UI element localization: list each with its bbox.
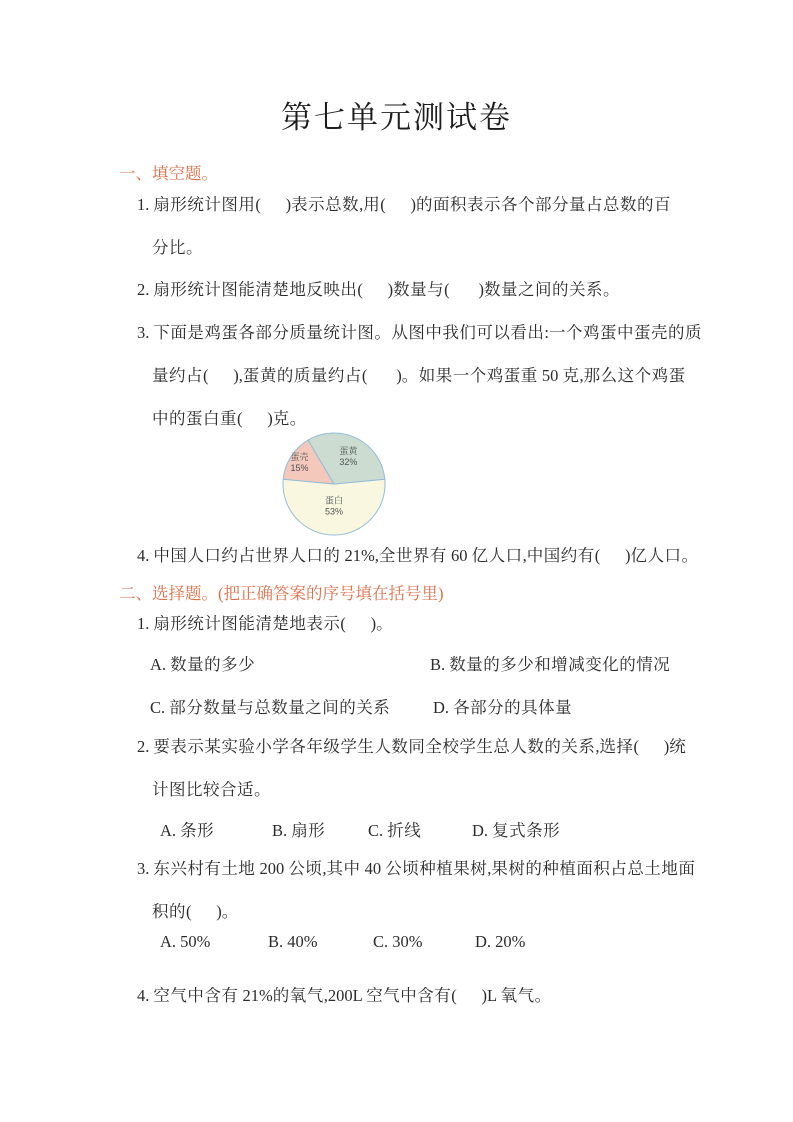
choice-q2-line-1: 2.要表示某实验小学各年级学生人数同全校学生总人数的关系,选择( )统: [137, 737, 686, 757]
choice-q1-option-b: B. 数量的多少和增减变化的情况: [430, 651, 670, 675]
choice-q3-option-b: B. 40%: [268, 932, 318, 952]
question-text: 量约占( ),蛋黄的质量约占( )。如果一个鸡蛋重 50 克,那么这个鸡蛋: [152, 367, 686, 385]
egg-mass-pie-chart: 蛋白53%蛋壳15%蛋黄32%: [280, 430, 388, 538]
choice-q2-option-b: B. 扇形: [272, 817, 325, 841]
choice-q3-line-1: 3.东兴村有土地 200 公顷,其中 40 公顷种植果树,果树的种植面积占总土地…: [137, 859, 695, 879]
question-text: 中国人口约占世界人口的 21%,全世界有 60 亿人口,中国约有( )亿人口。: [153, 547, 698, 565]
fill-q3-line-2: 量约占( ),蛋黄的质量约占( )。如果一个鸡蛋重 50 克,那么这个鸡蛋: [152, 366, 686, 386]
question-text: 扇形统计图能清楚地表示( )。: [153, 615, 393, 633]
question-number: 4.: [137, 546, 149, 565]
fill-q1-line-2: 分比。: [152, 238, 203, 258]
question-text: 要表示某实验小学各年级学生人数同全校学生总人数的关系,选择( )统: [153, 738, 686, 756]
question-number: 4.: [137, 986, 149, 1005]
choice-q2-option-d: D. 复式条形: [472, 817, 560, 841]
question-text: 空气中含有 21%的氧气,200L 空气中含有( )L 氧气。: [153, 987, 551, 1005]
question-text: 扇形统计图能清楚地反映出( )数量与( )数量之间的关系。: [153, 281, 620, 299]
question-text: 东兴村有土地 200 公顷,其中 40 公顷种植果树,果树的种植面积占总土地面: [153, 860, 695, 878]
choice-q3-option-a: A. 50%: [160, 932, 210, 952]
choice-q3-option-c: C. 30%: [373, 932, 423, 952]
question-text: 中的蛋白重( )克。: [152, 410, 307, 428]
question-number: 3.: [137, 323, 149, 342]
fill-q4-line-1: 4.中国人口约占世界人口的 21%,全世界有 60 亿人口,中国约有( )亿人口…: [137, 546, 699, 566]
choice-q1-option-a: A. 数量的多少: [150, 651, 255, 675]
choice-q3-option-d: D. 20%: [475, 932, 525, 952]
page-title: 第七单元测试卷: [0, 92, 793, 137]
fill-q1-line-1: 1.扇形统计图用( )表示总数,用( )的面积表示各个部分量占总数的百: [137, 195, 671, 215]
section-choice-heading: 二、选择题。(把正确答案的序号填在括号里): [119, 580, 444, 604]
fill-q2-line-1: 2.扇形统计图能清楚地反映出( )数量与( )数量之间的关系。: [137, 280, 620, 300]
fill-q3-line-3: 中的蛋白重( )克。: [152, 409, 307, 429]
question-text: 计图比较合适。: [152, 781, 271, 799]
pie-chart-svg: 蛋白53%蛋壳15%蛋黄32%: [280, 430, 388, 538]
choice-q1-line-1: 1.扇形统计图能清楚地表示( )。: [137, 614, 393, 634]
question-text: 扇形统计图用( )表示总数,用( )的面积表示各个部分量占总数的百: [153, 196, 671, 214]
question-number: 2.: [137, 737, 149, 756]
section-fill-heading: 一、填空题。: [119, 160, 218, 184]
choice-q1-option-d: D. 各部分的具体量: [433, 694, 572, 718]
choice-q3-line-2: 积的( )。: [152, 902, 239, 922]
fill-q3-line-1: 3.下面是鸡蛋各部分质量统计图。从图中我们可以看出:一个鸡蛋中蛋壳的质: [137, 323, 702, 343]
pie-slice-label: 蛋白53%: [325, 494, 343, 516]
choice-q1-option-c: C. 部分数量与总数量之间的关系: [150, 694, 390, 718]
question-number: 3.: [137, 859, 149, 878]
choice-q2-option-a: A. 条形: [160, 817, 214, 841]
question-text: 分比。: [152, 239, 203, 257]
choice-q2-option-c: C. 折线: [368, 817, 421, 841]
question-text: 下面是鸡蛋各部分质量统计图。从图中我们可以看出:一个鸡蛋中蛋壳的质: [153, 324, 702, 342]
pie-slice-label: 蛋黄32%: [339, 445, 358, 467]
choice-q4-line-1: 4.空气中含有 21%的氧气,200L 空气中含有( )L 氧气。: [137, 986, 552, 1006]
question-text: 积的( )。: [152, 903, 239, 921]
choice-q2-line-2: 计图比较合适。: [152, 780, 271, 800]
question-number: 2.: [137, 280, 149, 299]
question-number: 1.: [137, 614, 149, 633]
test-paper-page: 第七单元测试卷 一、填空题。 1.扇形统计图用( )表示总数,用( )的面积表示…: [0, 0, 793, 1122]
question-number: 1.: [137, 195, 149, 214]
pie-slice-label: 蛋壳15%: [291, 451, 309, 473]
